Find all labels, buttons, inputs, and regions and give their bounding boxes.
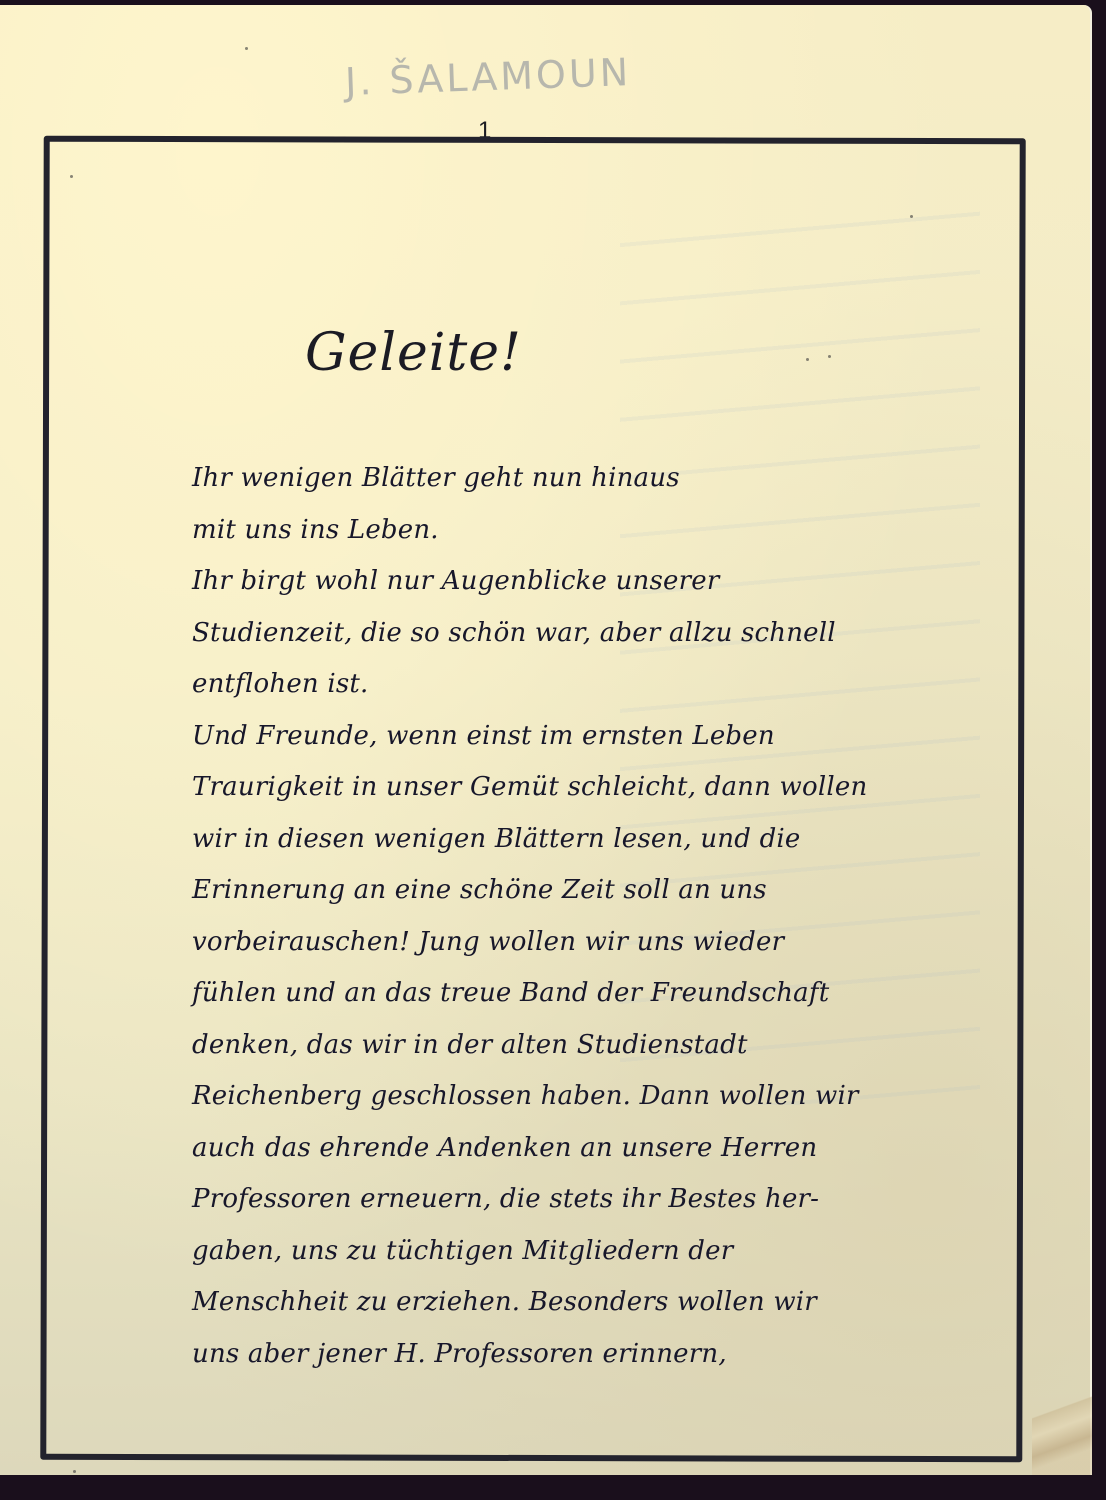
paper-speck: [73, 1470, 76, 1473]
paper-speck: [828, 355, 831, 358]
text-line: Professoren erneuern, die stets ihr Best…: [192, 1174, 1012, 1226]
text-line: Traurigkeit in unser Gemüt schleicht, da…: [192, 762, 1012, 814]
scanned-page: J. ŠALAMOUN 1 Geleite! Ihr wenigen Blätt…: [0, 5, 1092, 1475]
paper-speck: [70, 175, 73, 178]
text-line: wir in diesen wenigen Blättern lesen, un…: [192, 814, 1012, 866]
handwritten-body: Ihr wenigen Blätter geht nun hinaus mit …: [192, 453, 1012, 1380]
text-line: Erinnerung an eine schöne Zeit soll an u…: [192, 865, 1012, 917]
text-line: Ihr wenigen Blätter geht nun hinaus: [192, 453, 1012, 505]
text-line: Studienzeit, die so schön war, aber allz…: [192, 608, 1012, 660]
text-line: Ihr birgt wohl nur Augenblicke unserer: [192, 556, 1012, 608]
text-line: auch das ehrende Andenken an unsere Herr…: [192, 1123, 1012, 1175]
text-line: mit uns ins Leben.: [192, 505, 1012, 557]
author-pencil-note: J. ŠALAMOUN: [344, 50, 632, 104]
text-line: entflohen ist.: [192, 659, 1012, 711]
text-line: Menschheit zu erziehen. Besonders wollen…: [192, 1277, 1012, 1329]
text-line: fühlen und an das treue Band der Freunds…: [192, 968, 1012, 1020]
text-line: vorbeirauschen! Jung wollen wir uns wied…: [192, 917, 1012, 969]
paper-speck: [806, 358, 809, 361]
text-line: gaben, uns zu tüchtigen Mitgliedern der: [192, 1226, 1012, 1278]
text-line: Reichenberg geschlossen haben. Dann woll…: [192, 1071, 1012, 1123]
paper-speck: [910, 215, 913, 218]
text-line: Und Freunde, wenn einst im ernsten Leben: [192, 711, 1012, 763]
page-heading: Geleite!: [305, 323, 522, 383]
text-line: denken, das wir in der alten Studienstad…: [192, 1020, 1012, 1072]
paper-speck: [245, 47, 248, 50]
text-line: uns aber jener H. Professoren erinnern,: [192, 1329, 1012, 1381]
